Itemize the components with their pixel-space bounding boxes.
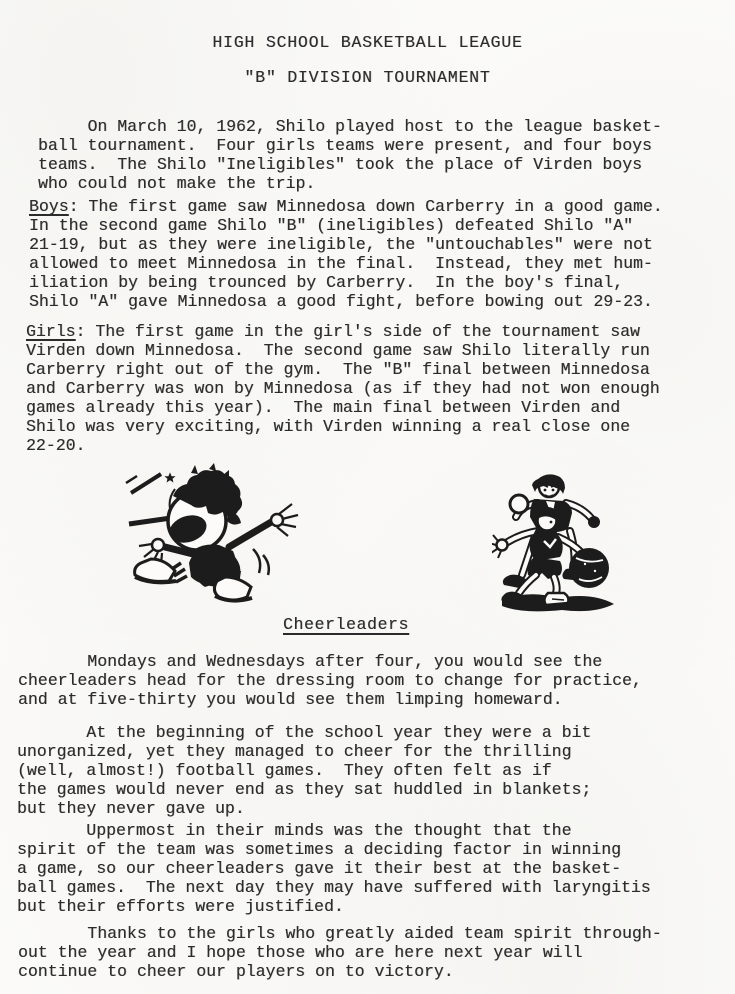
cheerleaders-paragraph-2: At the beginning of the school year they… xyxy=(17,723,591,818)
boys-paragraph: Boys: The first game saw Minnedosa down … xyxy=(29,197,663,311)
scanned-document-page: HIGH SCHOOL BASKETBALL LEAGUE "B" DIVISI… xyxy=(0,0,735,994)
girls-paragraph: Girls: The first game in the girl's side… xyxy=(26,322,660,455)
cheerleaders-paragraph-3: Uppermost in their minds was the thought… xyxy=(17,821,651,916)
page-subtitle: "B" DIVISION TOURNAMENT xyxy=(0,68,735,87)
dazed-player-illustration xyxy=(125,463,303,610)
intro-paragraph: On March 10, 1962, Shilo played host to … xyxy=(38,117,662,193)
boys-paragraph-text: : The first game saw Minnedosa down Carb… xyxy=(29,197,663,311)
girls-label: Girls xyxy=(26,322,76,341)
cheerleaders-paragraph-4: Thanks to the girls who greatly aided te… xyxy=(18,924,662,981)
cheerleaders-paragraph-1: Mondays and Wednesdays after four, you w… xyxy=(18,652,642,709)
dazed-player-figure xyxy=(135,463,298,601)
page-title: HIGH SCHOOL BASKETBALL LEAGUE xyxy=(0,33,735,52)
players-dribbling-illustration xyxy=(492,471,624,617)
boys-label: Boys xyxy=(29,197,69,216)
cheerleaders-heading: Cheerleaders xyxy=(283,615,409,634)
girls-paragraph-text: : The first game in the girl's side of t… xyxy=(26,322,660,455)
basketball-icon xyxy=(569,548,609,588)
